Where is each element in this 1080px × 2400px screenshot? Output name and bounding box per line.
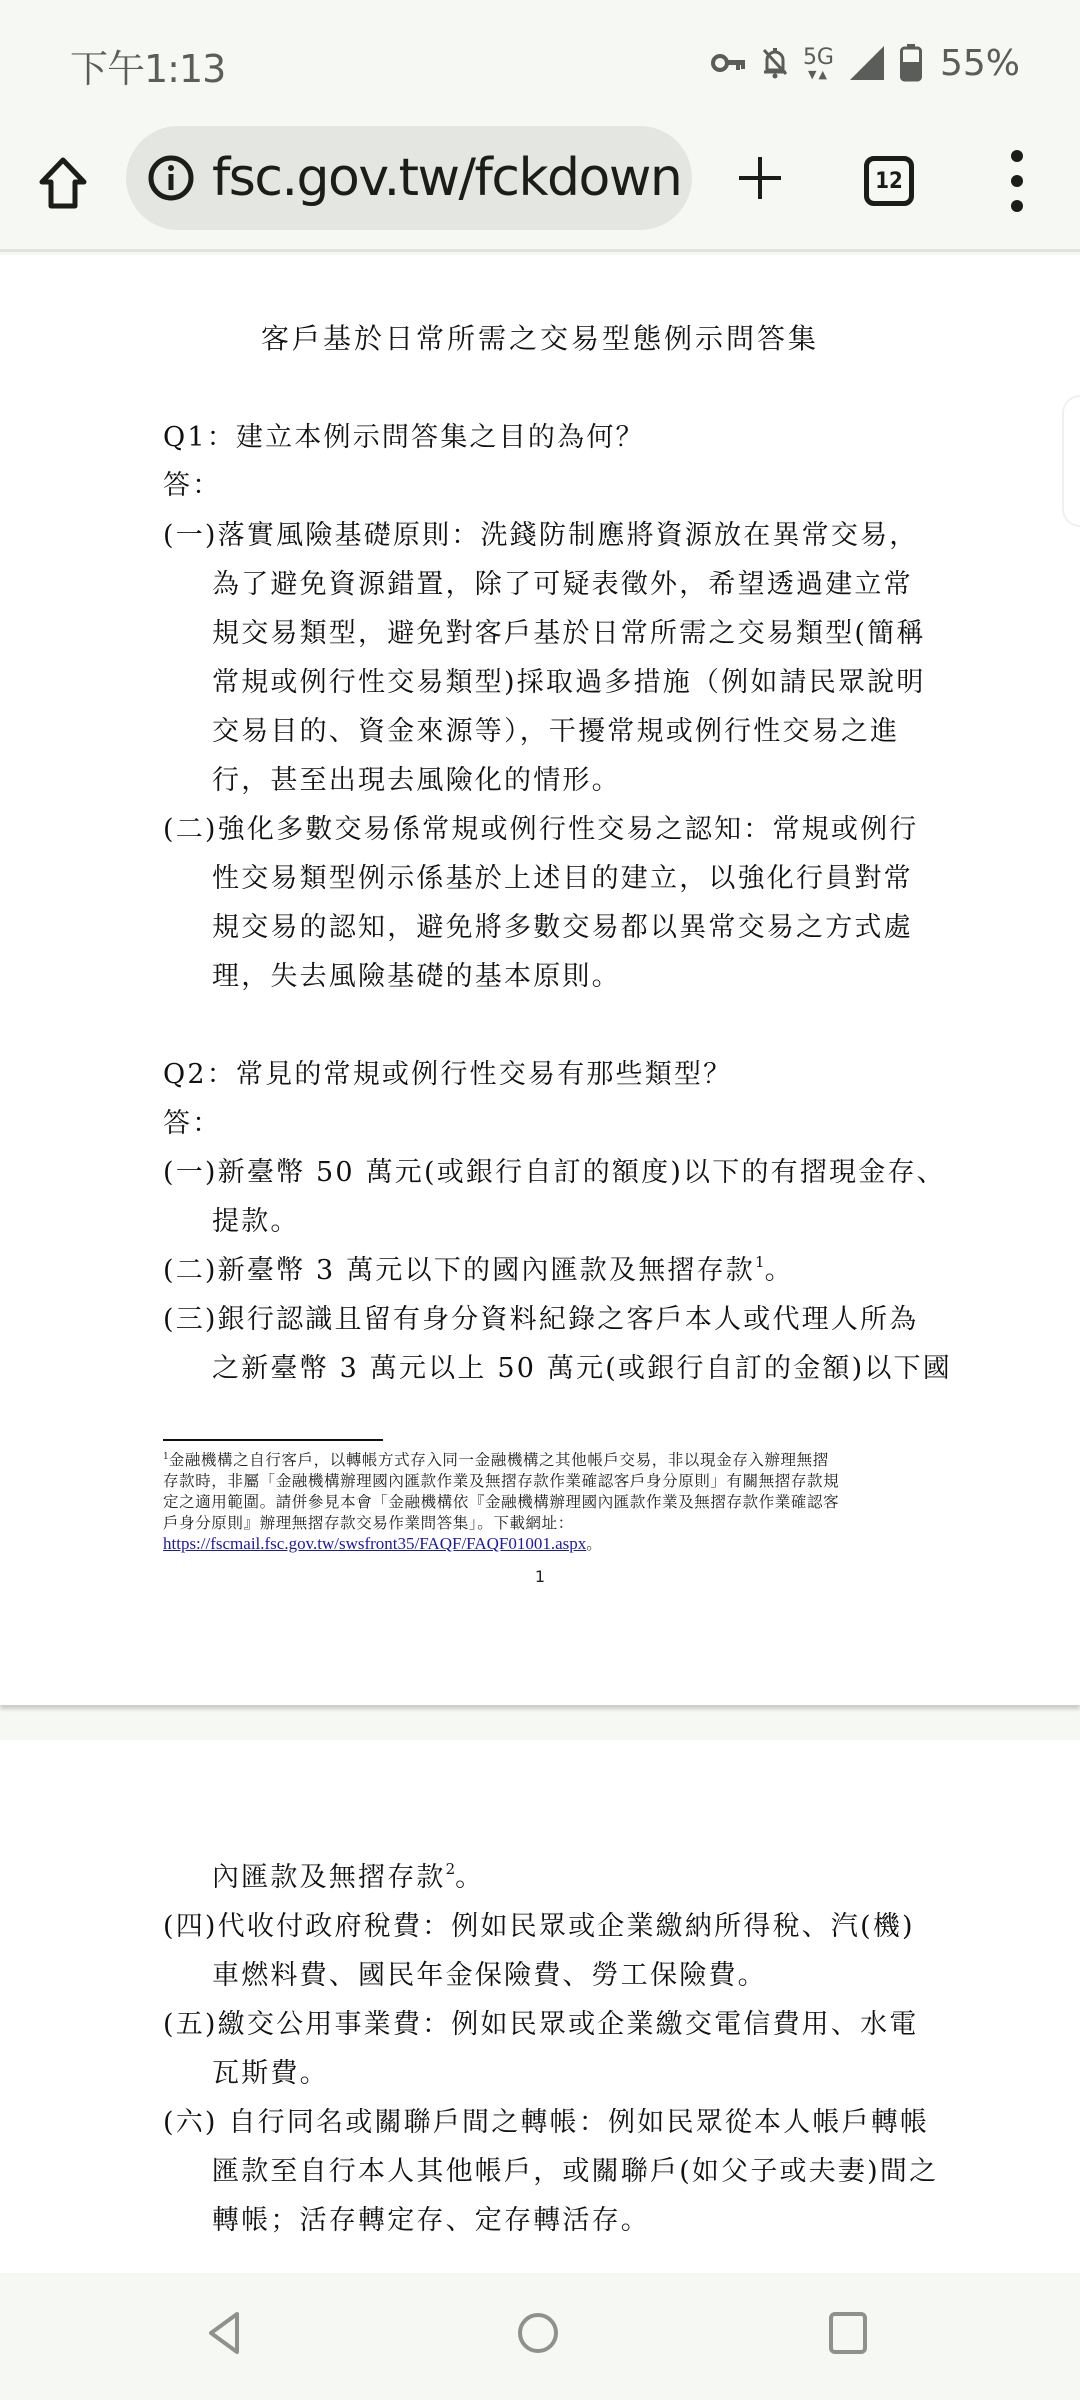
home-button[interactable] [30, 150, 96, 216]
q2-item-2-line: (二)新臺幣 3 萬元以下的國內匯款及無摺存款1。 [163, 1248, 794, 1287]
back-icon [205, 2311, 245, 2355]
q2-item-4-line: (四)代收付政府稅費：例如民眾或企業繳納所得稅、汽(機) [163, 1904, 915, 1943]
pdf-page-2: 內匯款及無摺存款2。 (四)代收付政府稅費：例如民眾或企業繳納所得稅、汽(機) … [0, 1740, 1080, 2273]
url-text[interactable]: fsc.gov.tw/fckdown [212, 148, 681, 208]
q2-item-6-line: 匯款至自行本人其他帳戶，或關聯戶(如父子或夫妻)間之 [212, 2149, 938, 2188]
menu-dot-icon [1011, 175, 1023, 187]
scroll-handle[interactable] [1062, 395, 1080, 527]
q1-item-2-line: (二)強化多數交易係常規或例行性交易之認知：常規或例行 [163, 807, 918, 846]
plus-icon [737, 155, 783, 201]
footnote-line: 戶身分原則』辦理無摺存款交易作業問答集」。下載網址： [163, 1511, 574, 1533]
footnote-ref[interactable]: 1 [755, 1253, 765, 1271]
q1-item-2-line: 理，失去風險基礎的基本原則。 [212, 954, 621, 993]
q1-answer-label: 答： [163, 463, 221, 502]
recents-icon [828, 2311, 868, 2355]
q2-item-6-line: (六) 自行同名或關聯戶間之轉帳：例如民眾從本人帳戶轉帳 [163, 2100, 929, 2139]
back-button[interactable] [185, 2293, 265, 2373]
q1-item-1-line: 交易目的、資金來源等），干擾常規或例行性交易之進 [212, 709, 899, 748]
home-circle-icon [516, 2311, 560, 2355]
q1-item-1-line: 規交易類型，避免對客戶基於日常所需之交易類型(簡稱 [212, 611, 926, 650]
cell-signal-icon [848, 44, 886, 82]
pdf-page-1: 客戶基於日常所需之交易型態例示問答集 Q1：建立本例示問答集之目的為何？ 答： … [0, 255, 1080, 1705]
browser-toolbar: fsc.gov.tw/fckdown 12 [0, 120, 1080, 252]
more-menu-button[interactable] [1000, 150, 1034, 212]
q2-item-3-continuation: 內匯款及無摺存款2。 [212, 1855, 484, 1894]
footnote-line: 1金融機構之自行客戶，以轉帳方式存入同一金融機構之其他帳戶交易，非以現金存入辦理… [163, 1448, 829, 1470]
q1-item-1-line: (一)落實風險基礎原則：洗錢防制應將資源放在異常交易， [163, 513, 918, 552]
tab-switcher-button[interactable]: 12 [864, 156, 914, 206]
pdf-viewer[interactable]: 客戶基於日常所需之交易型態例示問答集 Q1：建立本例示問答集之目的為何？ 答： … [0, 255, 1080, 2273]
footnote-line: 存款時，非屬「金融機構辦理國內匯款作業及無摺存款作業確認客戶身分原則」有關無摺存… [163, 1469, 839, 1491]
site-info-icon[interactable] [146, 153, 196, 203]
footnote-link[interactable]: https://fscmail.fsc.gov.tw/swsfront35/FA… [163, 1534, 586, 1553]
vpn-key-icon [711, 51, 747, 75]
status-icons: 5G ▼▲ 55% [711, 38, 1020, 88]
q2-item-4-line: 車燃料費、國民年金保險費、勞工保險費。 [212, 1953, 767, 1992]
q2-item-1-line: 提款。 [212, 1199, 300, 1238]
home-icon [38, 156, 88, 210]
q2-item-3-line: 之新臺幣 3 萬元以上 50 萬元(或銀行自訂的金額)以下國 [212, 1346, 952, 1385]
footnote-link-line: https://fscmail.fsc.gov.tw/swsfront35/FA… [163, 1532, 602, 1554]
status-time: 下午1:13 [70, 38, 225, 93]
footnote-ref[interactable]: 2 [446, 1860, 456, 1878]
q2-item-5-line: 瓦斯費。 [212, 2051, 329, 2090]
status-bar: 下午1:13 5G ▼▲ 55% [0, 0, 1080, 120]
q2-item-1-line: (一)新臺幣 50 萬元(或銀行自訂的額度)以下的有摺現金存、 [163, 1150, 946, 1189]
recents-button[interactable] [808, 2293, 888, 2373]
q1-item-1-line: 行，甚至出現去風險化的情形。 [212, 758, 621, 797]
menu-dot-icon [1011, 150, 1023, 162]
q1-item-2-line: 性交易類型例示係基於上述目的建立，以強化行員對常 [212, 856, 913, 895]
battery-percentage: 55% [940, 43, 1020, 84]
q1-item-2-line: 規交易的認知，避免將多數交易都以異常交易之方式處 [212, 905, 913, 944]
q1-item-1-line: 常規或例行性交易類型)採取過多措施（例如請民眾說明 [212, 660, 926, 699]
q2-item-3-line: (三)銀行認識且留有身分資料紀錄之客戶本人或代理人所為 [163, 1297, 918, 1336]
document-title: 客戶基於日常所需之交易型態例示問答集 [0, 317, 1080, 357]
system-nav-bar [0, 2273, 1080, 2400]
new-tab-button[interactable] [730, 148, 790, 208]
page-number: 1 [0, 1567, 1080, 1586]
menu-dot-icon [1011, 200, 1023, 212]
5g-icon: 5G ▼▲ [803, 47, 834, 80]
q2-question: Q2：常見的常規或例行性交易有那些類型？ [163, 1052, 732, 1091]
q2-item-6-line: 轉帳；活存轉定存、定存轉活存。 [212, 2198, 650, 2237]
footnote-divider [163, 1439, 383, 1441]
notifications-off-icon [761, 46, 789, 80]
home-nav-button[interactable] [498, 2293, 578, 2373]
battery-icon [900, 44, 922, 82]
q1-item-1-line: 為了避免資源錯置，除了可疑表徵外，希望透過建立常 [212, 562, 913, 601]
q2-answer-label: 答： [163, 1101, 221, 1140]
q2-item-5-line: (五)繳交公用事業費：例如民眾或企業繳交電信費用、水電 [163, 2002, 918, 2041]
q1-question: Q1：建立本例示問答集之目的為何？ [163, 415, 645, 454]
address-bar[interactable]: fsc.gov.tw/fckdown [126, 126, 692, 230]
footnote-line: 定之適用範圍。請併參見本會「金融機構依『金融機構辦理國內匯款作業及無摺存款作業確… [163, 1490, 839, 1512]
